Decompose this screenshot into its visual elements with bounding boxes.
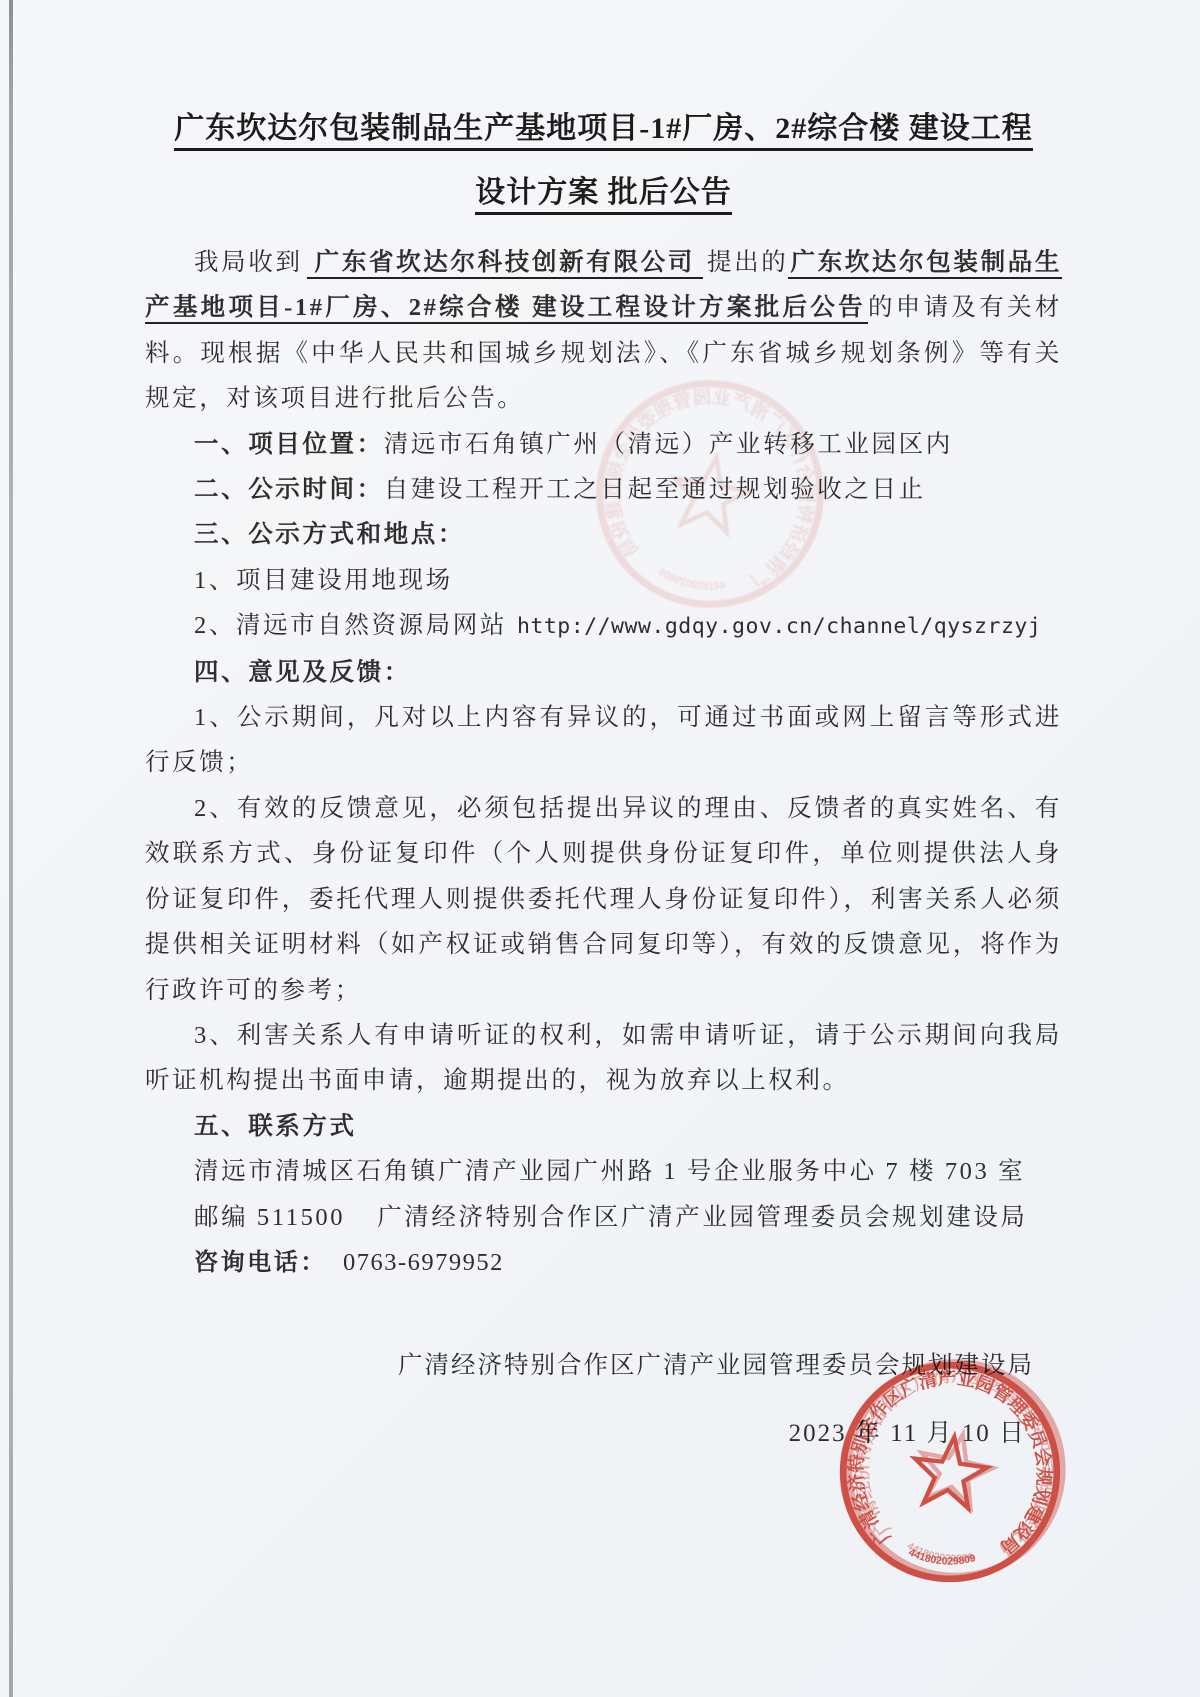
document-body: 广东坎达尔包装制品生产基地项目-1#厂房、2#综合楼 建设工程 设计方案 批后公… xyxy=(145,106,1062,1456)
feedback-item-3: 3、利害关系人有申请听证的权利，如需申请听证，请于公示期间向我局听证机构提出书面… xyxy=(145,1013,1062,1104)
location-item-1-text: 1、项目建设用地现场 xyxy=(194,567,453,594)
seal-star-icon xyxy=(910,1433,990,1510)
seal-double-impression xyxy=(829,1343,1082,1596)
document-title-line1: 广东坎达尔包装制品生产基地项目-1#厂房、2#综合楼 建设工程 xyxy=(145,106,1062,152)
contact-postcode: 邮编 511500 xyxy=(194,1204,345,1231)
contact-phone-label: 咨询电话： xyxy=(194,1249,327,1276)
section-3-label: 三、公示方式和地点： xyxy=(194,521,465,548)
faint-seal-star-icon xyxy=(667,452,753,535)
location-item-2: 2、清远市自然资源局网站http://www.gdqy.gov.cn/chann… xyxy=(145,603,1062,649)
feedback-item-1: 1、公示期间，凡对以上内容有异议的，可通过书面或网上留言等形式进行反馈； xyxy=(145,695,1062,786)
bleed-through-seal: 广清经济特别合作区广清产业园管理委员会规划建设局 441802029809 xyxy=(562,346,859,643)
faint-seal-graphic: 广清经济特别合作区广清产业园管理委员会规划建设局 441802029809 xyxy=(582,366,838,622)
title-text-2: 设计方案 批后公告 xyxy=(475,176,732,215)
section-1-label: 一、项目位置： xyxy=(194,431,384,458)
section-5-contact: 五、联系方式 xyxy=(145,1104,1062,1149)
section-4-feedback: 四、意见及反馈： xyxy=(145,650,1062,695)
section-2-label: 二、公示时间： xyxy=(194,476,384,503)
scan-edge-line xyxy=(9,0,13,1697)
intro-mid: 提出的 xyxy=(707,249,789,276)
applicant-company-name: 广东省坎达尔科技创新有限公司 xyxy=(307,249,703,279)
feedback-item-2: 2、有效的反馈意见，必须包括提出异议的理由、反馈者的真实姓名、有效联系方式、身份… xyxy=(145,786,1062,1013)
official-seal: 广清经济特别合作区广清产业园管理委员会规划建设局 441802029809 xyxy=(812,1334,1088,1610)
title-text-1: 广东坎达尔包装制品生产基地项目-1#厂房、2#综合楼 建设工程 xyxy=(174,112,1033,151)
contact-address: 清远市清城区石角镇广清产业园广州路 1 号企业服务中心 7 楼 703 室 xyxy=(145,1149,1062,1194)
contact-postcode-org: 邮编 511500广清经济特别合作区广清产业园管理委员会规划建设局 xyxy=(145,1195,1062,1240)
scanned-document-page: 广东坎达尔包装制品生产基地项目-1#厂房、2#综合楼 建设工程 设计方案 批后公… xyxy=(0,0,1200,1697)
contact-phone-line: 咨询电话：0763-6979952 xyxy=(145,1240,1062,1285)
contact-phone-number: 0763-6979952 xyxy=(343,1249,504,1276)
section-4-label: 四、意见及反馈： xyxy=(194,659,411,686)
location-item-2-text: 2、清远市自然资源局网站 xyxy=(194,612,507,639)
intro-lead: 我局收到 xyxy=(194,249,303,276)
contact-org: 广清经济特别合作区广清产业园管理委员会规划建设局 xyxy=(377,1204,1027,1231)
section-5-label: 五、联系方式 xyxy=(194,1113,357,1140)
document-title-line2: 设计方案 批后公告 xyxy=(145,170,1062,216)
